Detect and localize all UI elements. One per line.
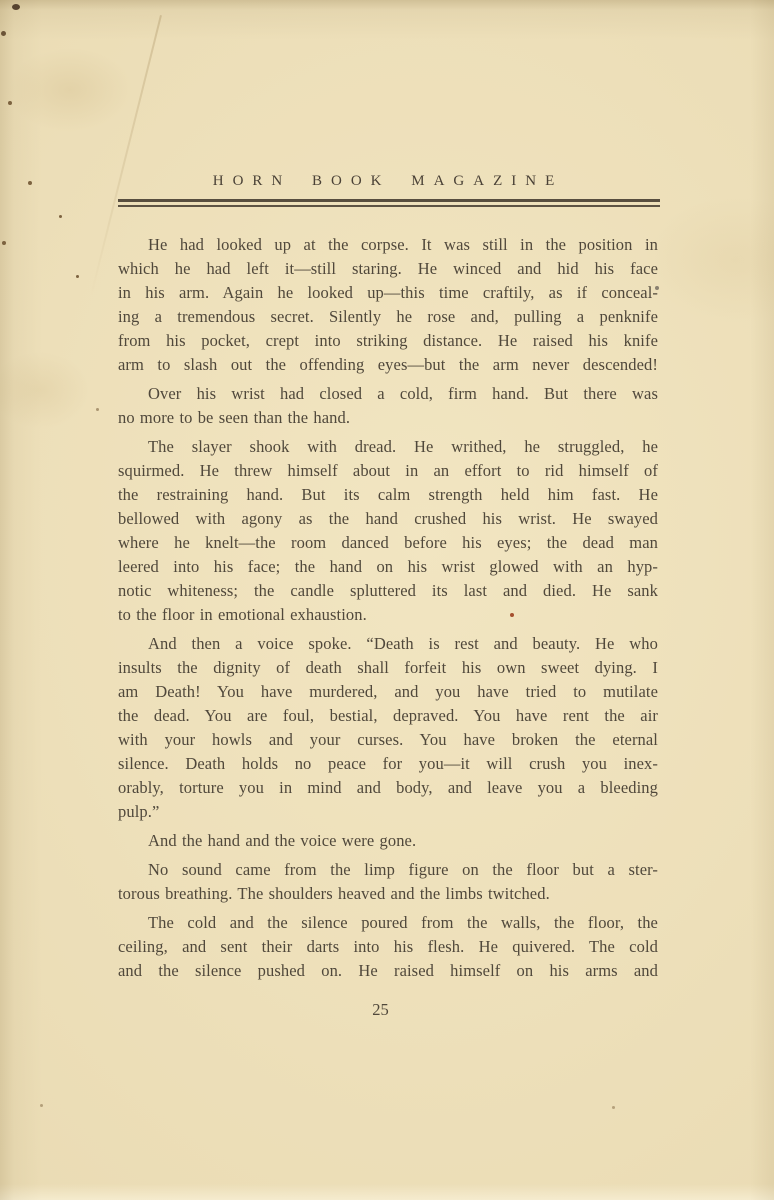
body-paragraph: Over his wrist had closed a cold, firm h…: [118, 382, 658, 430]
foxing-speck: [40, 1104, 43, 1107]
body-paragraph: No sound came from the limp figure on th…: [118, 858, 658, 906]
text-line: orably, torture you in mind and body, an…: [118, 776, 658, 800]
text-line: no more to be seen than the hand.: [118, 406, 658, 430]
text-line: The cold and the silence poured from the…: [118, 911, 658, 935]
text-line: in his arm. Again he looked up—this time…: [118, 281, 658, 305]
foxing-speck: [2, 241, 6, 245]
text-line: notic whiteness; the candle spluttered i…: [118, 579, 658, 603]
text-line: the restraining hand. But its calm stren…: [118, 483, 658, 507]
body-paragraph: The cold and the silence poured from the…: [118, 911, 658, 983]
foxing-speck: [28, 181, 32, 185]
body-paragraph: He had looked up at the corpse. It was s…: [118, 233, 658, 377]
foxing-speck: [1, 31, 6, 36]
text-line: torous breathing. The shoulders heaved a…: [118, 882, 658, 906]
text-line: He had looked up at the corpse. It was s…: [118, 233, 658, 257]
foxing-speck: [76, 275, 79, 278]
text-line: ceiling, and sent their darts into his f…: [118, 935, 658, 959]
text-line: where he knelt—the room danced before hi…: [118, 531, 658, 555]
body-paragraph: And then a voice spoke. “Death is rest a…: [118, 632, 658, 824]
text-line: ing a tremendous secret. Silently he ros…: [118, 305, 658, 329]
foxing-speck: [96, 408, 99, 411]
text-line: bellowed with agony as the hand crushed …: [118, 507, 658, 531]
text-line: am Death! You have murdered, and you hav…: [118, 680, 658, 704]
text-line: to the floor in emotional exhaustion.: [118, 603, 658, 627]
text-line: and the silence pushed on. He raised him…: [118, 959, 658, 983]
text-line: The slayer shook with dread. He writhed,…: [118, 435, 658, 459]
text-line: And then a voice spoke. “Death is rest a…: [118, 632, 658, 656]
body-paragraph: The slayer shook with dread. He writhed,…: [118, 435, 658, 627]
foxing-speck: [59, 215, 62, 218]
page-number: 25: [118, 1000, 643, 1020]
text-line: with your howls and your curses. You hav…: [118, 728, 658, 752]
foxing-speck: [612, 1106, 615, 1109]
text-line: squirmed. He threw himself about in an e…: [118, 459, 658, 483]
story-text: He had looked up at the corpse. It was s…: [118, 233, 658, 983]
text-line: from his pocket, crept into striking dis…: [118, 329, 658, 353]
body-paragraph: And the hand and the voice were gone.: [118, 829, 658, 853]
scanned-page: HORN BOOK MAGAZINE He had looked up at t…: [0, 0, 774, 1200]
text-line: And the hand and the voice were gone.: [118, 829, 658, 853]
foxing-speck: [12, 4, 20, 10]
text-line: insults the dignity of death shall forfe…: [118, 656, 658, 680]
text-line: leered into his face; the hand on his wr…: [118, 555, 658, 579]
text-line: which he had left it—still staring. He w…: [118, 257, 658, 281]
text-line: silence. Death holds no peace for you—it…: [118, 752, 658, 776]
text-line: pulp.”: [118, 800, 658, 824]
text-line: the dead. You are foul, bestial, deprave…: [118, 704, 658, 728]
text-line: No sound came from the limp figure on th…: [118, 858, 658, 882]
foxing-speck: [8, 101, 12, 105]
text-line: arm to slash out the offending eyes—but …: [118, 353, 658, 377]
text-line: Over his wrist had closed a cold, firm h…: [118, 382, 658, 406]
header-double-rule: [118, 199, 660, 207]
magazine-title: HORN BOOK MAGAZINE: [118, 172, 658, 191]
page-content: HORN BOOK MAGAZINE He had looked up at t…: [118, 172, 658, 988]
